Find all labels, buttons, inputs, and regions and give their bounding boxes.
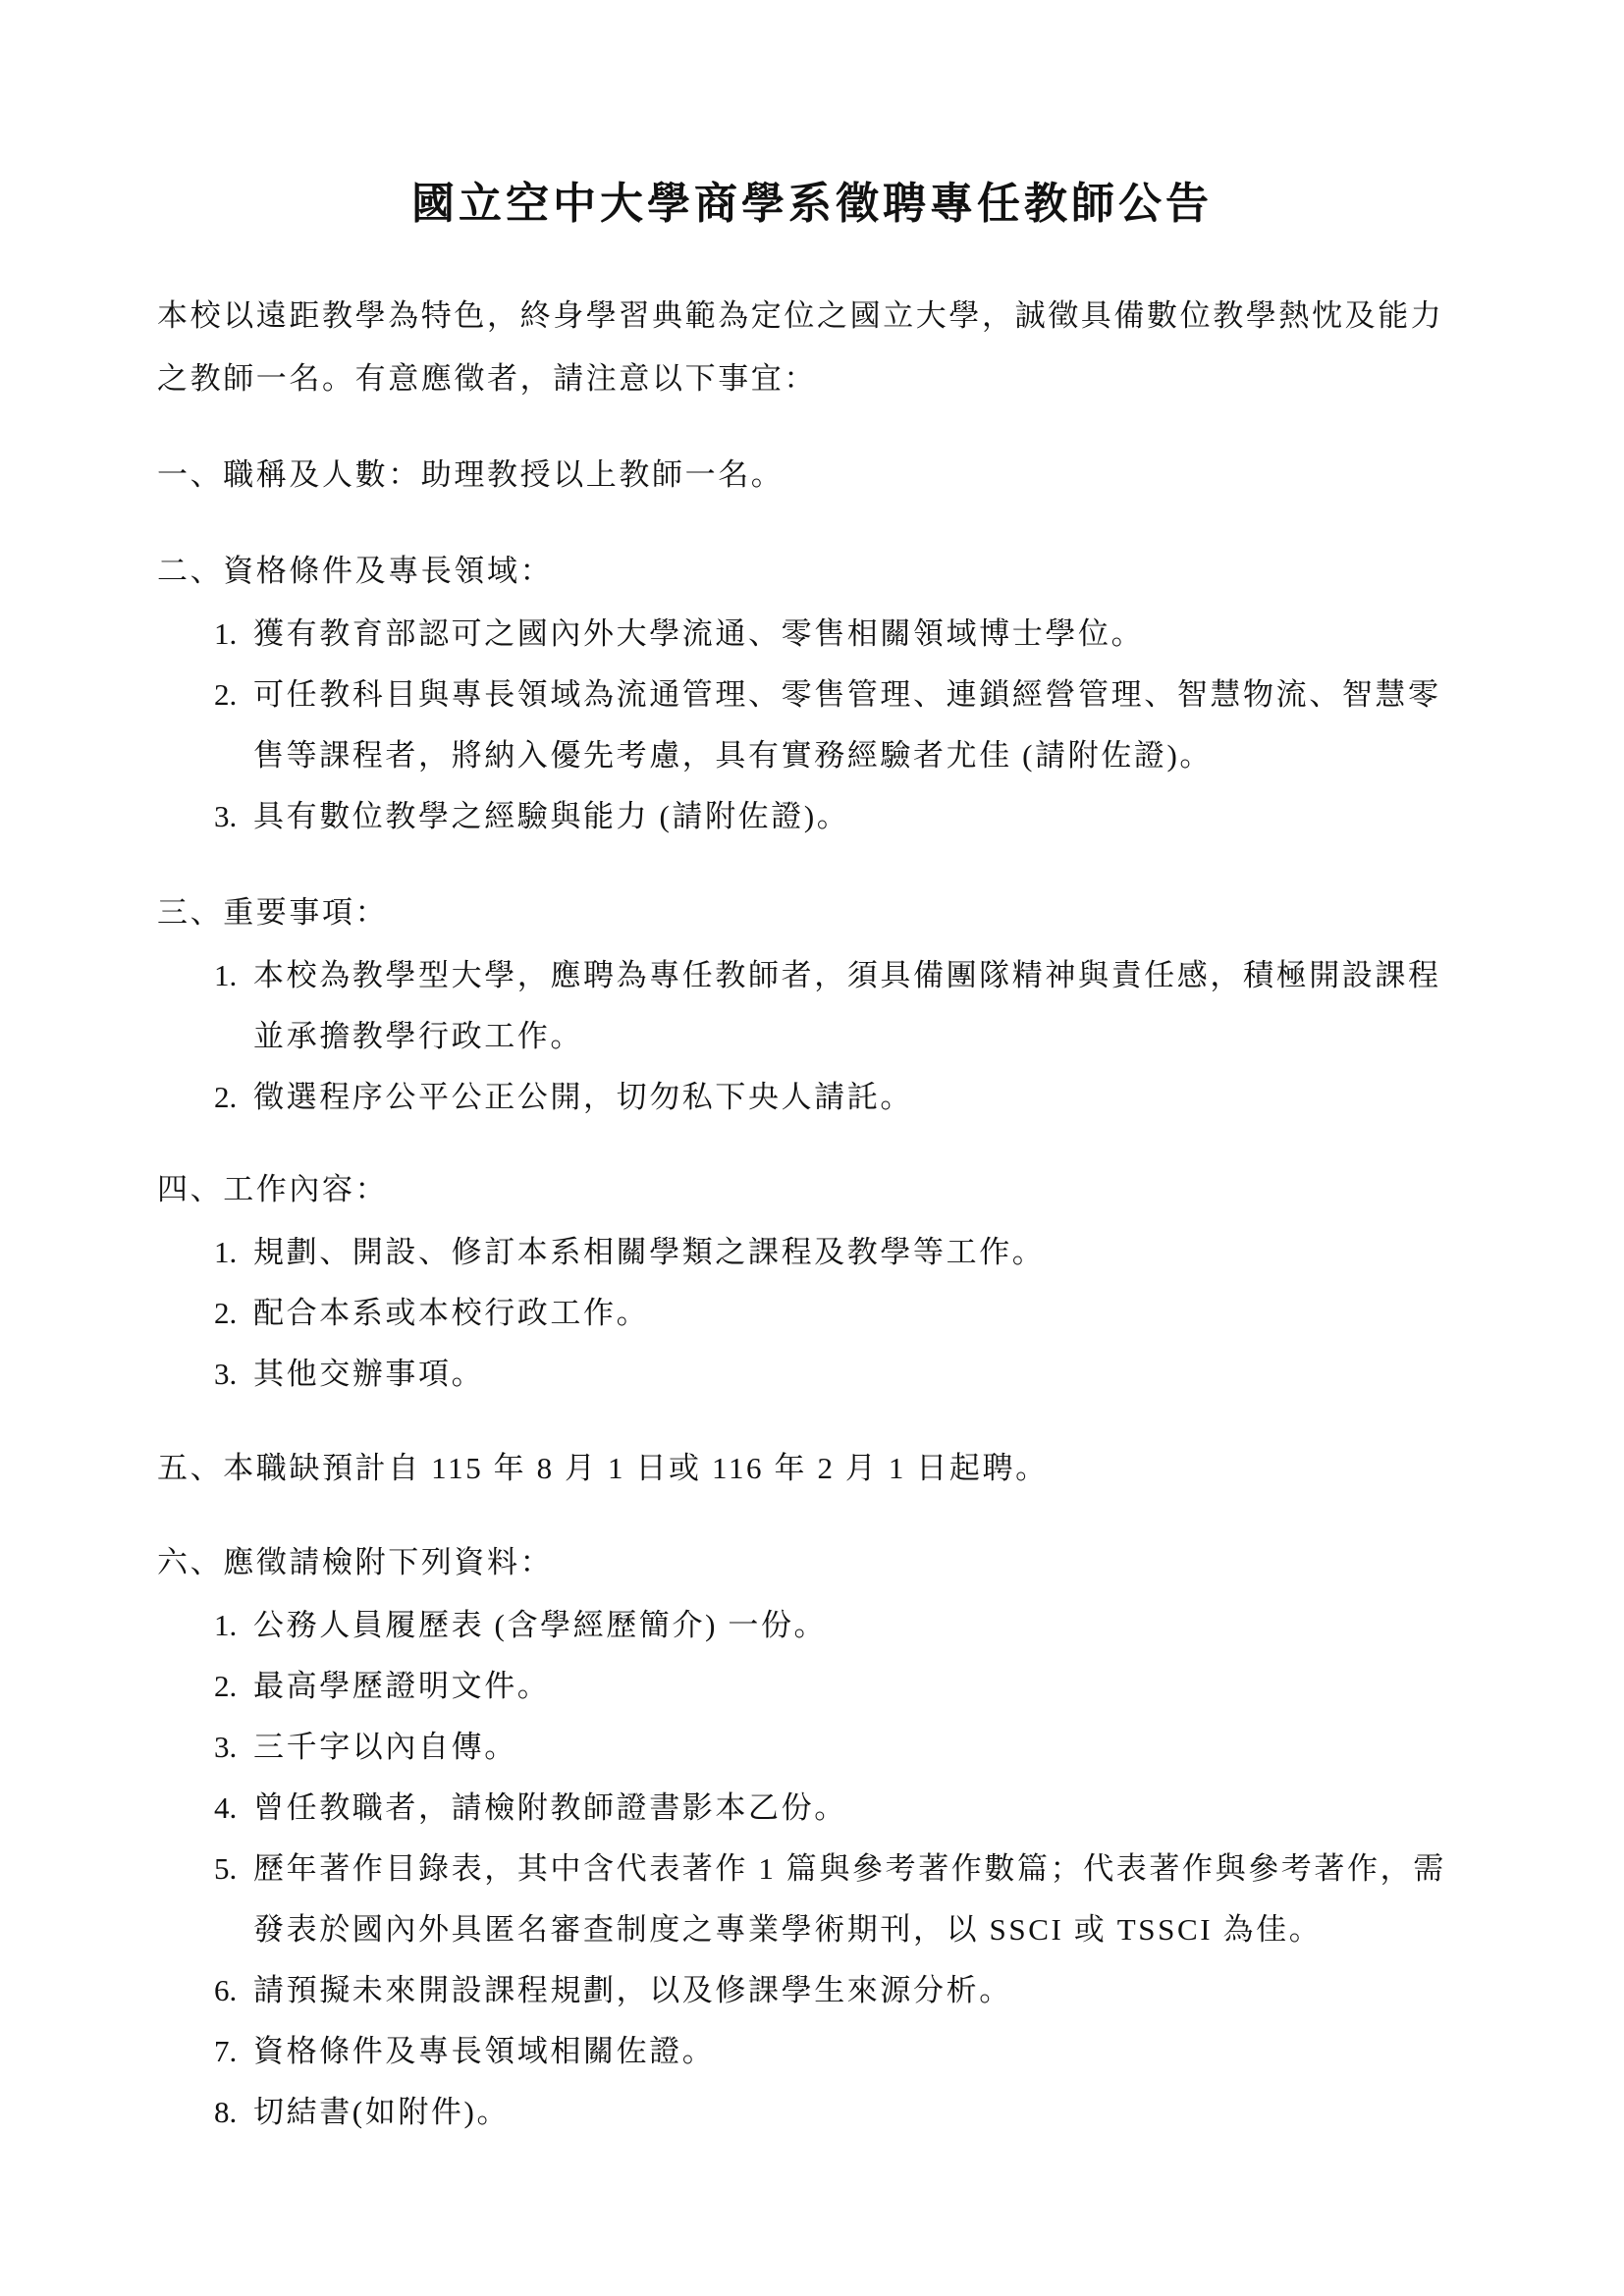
section-6-heading: 六、應徵請檢附下列資料： xyxy=(157,1543,553,1582)
section-2-item-3: 3.具有數位教學之經驗與能力 (請附佐證)。 xyxy=(214,797,849,836)
section-6-item-7: 7.資格條件及專長領域相關佐證。 xyxy=(214,2032,715,2071)
section-6-item-5: 5.歷年著作目錄表，其中含代表著作 1 篇與參考著作數篇；代表著作與參考著作，需 xyxy=(214,1849,1446,1889)
section-4-item-1: 1.規劃、開設、修訂本系相關學類之課程及教學等工作。 xyxy=(214,1233,1045,1272)
intro-line-2: 之教師一名。有意應徵者，請注意以下事宜： xyxy=(157,359,817,399)
item-text: 配合本系或本校行政工作。 xyxy=(253,1296,649,1330)
item-number: 2. xyxy=(214,1667,253,1706)
section-5-heading: 五、本職缺預計自 115 年 8 月 1 日或 116 年 2 月 1 日起聘。 xyxy=(157,1449,1049,1488)
item-number: 2. xyxy=(214,675,253,715)
item-text: 規劃、開設、修訂本系相關學類之課程及教學等工作。 xyxy=(253,1235,1045,1269)
item-text: 獲有教育部認可之國內外大學流通、零售相關領域博士學位。 xyxy=(253,616,1144,651)
item-text: 歷年著作目錄表，其中含代表著作 1 篇與參考著作數篇；代表著作與參考著作，需 xyxy=(253,1851,1446,1886)
item-text: 三千字以內自傳。 xyxy=(253,1730,517,1764)
item-number: 6. xyxy=(214,1971,253,2010)
section-6-item-2: 2.最高學歷證明文件。 xyxy=(214,1667,550,1706)
section-6-item-3: 3.三千字以內自傳。 xyxy=(214,1728,517,1767)
item-number: 1. xyxy=(214,956,253,995)
section-2-item-1: 1.獲有教育部認可之國內外大學流通、零售相關領域博士學位。 xyxy=(214,614,1144,654)
item-number: 1. xyxy=(214,614,253,654)
item-number: 2. xyxy=(214,1294,253,1333)
section-3-item-1-cont: 並承擔教學行政工作。 xyxy=(253,1017,583,1056)
item-text: 徵選程序公平公正公開，切勿私下央人請託。 xyxy=(253,1080,913,1114)
item-text: 可任教科目與專長領域為流通管理、零售管理、連鎖經營管理、智慧物流、智慧零 xyxy=(253,677,1441,712)
item-text: 具有數位教學之經驗與能力 (請附佐證)。 xyxy=(253,799,849,833)
item-number: 1. xyxy=(214,1606,253,1645)
item-number: 4. xyxy=(214,1789,253,1828)
item-text: 資格條件及專長領域相關佐證。 xyxy=(253,2034,715,2068)
section-6-item-5-cont: 發表於國內外具匿名審查制度之專業學術期刊，以 SSCI 或 TSSCI 為佳。 xyxy=(253,1910,1322,1949)
section-3-item-1: 1.本校為教學型大學，應聘為專任教師者，須具備團隊精神與責任感，積極開設課程 xyxy=(214,956,1441,995)
section-3-heading: 三、重要事項： xyxy=(157,893,388,933)
item-number: 1. xyxy=(214,1233,253,1272)
section-2-item-2: 2.可任教科目與專長領域為流通管理、零售管理、連鎖經營管理、智慧物流、智慧零 xyxy=(214,675,1441,715)
section-6-item-4: 4.曾任教職者，請檢附教師證書影本乙份。 xyxy=(214,1789,847,1828)
item-text: 切結書(如附件)。 xyxy=(253,2095,510,2129)
section-6-item-1: 1.公務人員履歷表 (含學經歷簡介) 一份。 xyxy=(214,1606,827,1645)
item-text: 其他交辦事項。 xyxy=(253,1357,484,1391)
item-text: 請預擬未來開設課程規劃，以及修課學生來源分析。 xyxy=(253,1973,1012,2007)
section-3-item-2: 2.徵選程序公平公正公開，切勿私下央人請託。 xyxy=(214,1078,913,1117)
item-number: 8. xyxy=(214,2093,253,2132)
item-number: 3. xyxy=(214,797,253,836)
item-text: 最高學歷證明文件。 xyxy=(253,1669,550,1703)
item-text: 曾任教職者，請檢附教師證書影本乙份。 xyxy=(253,1790,847,1825)
item-number: 2. xyxy=(214,1078,253,1117)
item-text: 公務人員履歷表 (含學經歷簡介) 一份。 xyxy=(253,1608,827,1642)
document-page: 國立空中大學商學系徵聘專任教師公告 本校以遠距教學為特色，終身學習典範為定位之國… xyxy=(0,0,1624,2296)
section-2-item-2-cont: 售等課程者，將納入優先考慮，具有實務經驗者尤佳 (請附佐證)。 xyxy=(253,736,1213,775)
section-4-item-3: 3.其他交辦事項。 xyxy=(214,1355,484,1394)
section-6-item-6: 6.請預擬未來開設課程規劃，以及修課學生來源分析。 xyxy=(214,1971,1012,2010)
item-number: 3. xyxy=(214,1355,253,1394)
item-number: 3. xyxy=(214,1728,253,1767)
item-text: 本校為教學型大學，應聘為專任教師者，須具備團隊精神與責任感，積極開設課程 xyxy=(253,958,1441,992)
intro-line-1: 本校以遠距教學為特色，終身學習典範為定位之國立大學，誠徵具備數位教學熱忱及能力 xyxy=(157,296,1443,336)
section-4-heading: 四、工作內容： xyxy=(157,1170,388,1209)
section-2-heading: 二、資格條件及專長領域： xyxy=(157,552,553,591)
section-1-heading: 一、職稱及人數：助理教授以上教師一名。 xyxy=(157,455,784,495)
section-4-item-2: 2.配合本系或本校行政工作。 xyxy=(214,1294,649,1333)
section-6-item-8: 8.切結書(如附件)。 xyxy=(214,2093,510,2132)
page-title: 國立空中大學商學系徵聘專任教師公告 xyxy=(0,179,1624,230)
item-number: 5. xyxy=(214,1849,253,1889)
item-number: 7. xyxy=(214,2032,253,2071)
